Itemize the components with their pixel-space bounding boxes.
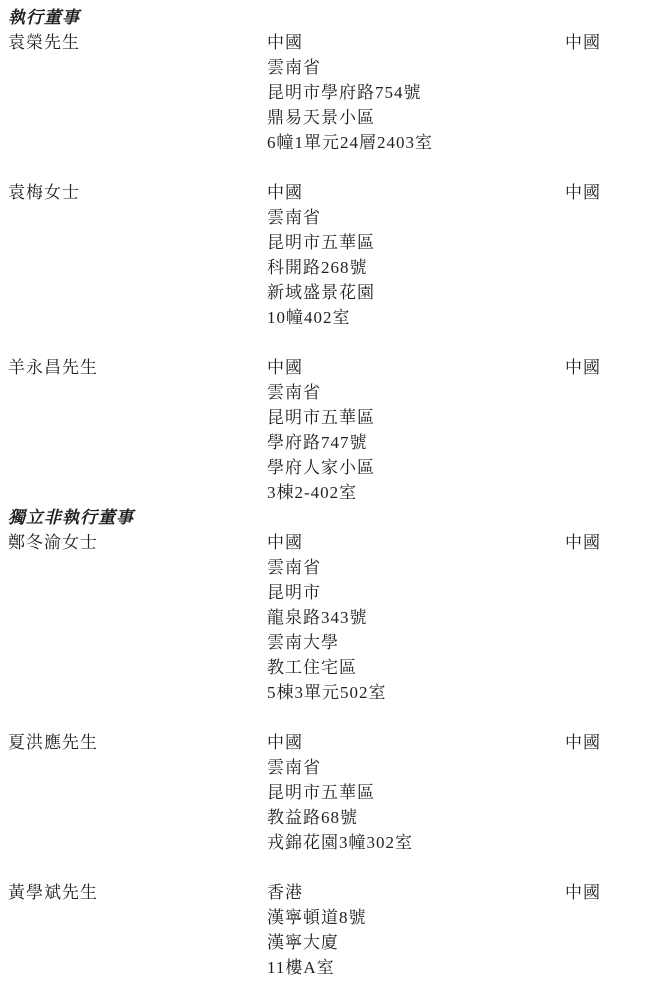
- director-address: 中國 雲南省 昆明市 龍泉路343號 雲南大學 教工住宅區 5棟3單元502室: [267, 530, 565, 705]
- director-address: 中國 雲南省 昆明市學府路754號 鼎易天景小區 6幢1單元24層2403室: [267, 30, 565, 155]
- address-line: 10幢402室: [267, 305, 565, 330]
- address-line: 雲南省: [267, 380, 565, 405]
- address-line: 龍泉路343號: [267, 605, 565, 630]
- director-address: 中國 雲南省 昆明市五華區 教益路68號 戎錦花園3幢302室: [267, 730, 565, 855]
- section-executive-directors: 執行董事 袁榮先生 中國 雲南省 昆明市學府路754號 鼎易天景小區 6幢1單元…: [8, 5, 660, 505]
- address-line: 漢寧大廈: [267, 930, 565, 955]
- director-row: 羊永昌先生 中國 雲南省 昆明市五華區 學府路747號 學府人家小區 3棟2-4…: [8, 355, 660, 505]
- address-line: 中國: [267, 730, 565, 755]
- address-line: 中國: [267, 180, 565, 205]
- address-line: 新域盛景花園: [267, 280, 565, 305]
- director-address: 中國 雲南省 昆明市五華區 科開路268號 新域盛景花園 10幢402室: [267, 180, 565, 330]
- director-nationality: 中國: [565, 180, 660, 205]
- director-name: 黃學斌先生: [8, 880, 267, 905]
- director-row: 夏洪應先生 中國 雲南省 昆明市五華區 教益路68號 戎錦花園3幢302室 中國: [8, 730, 660, 855]
- address-line: 教工住宅區: [267, 655, 565, 680]
- address-line: 中國: [267, 530, 565, 555]
- address-line: 雲南省: [267, 755, 565, 780]
- address-line: 鼎易天景小區: [267, 105, 565, 130]
- address-line: 科開路268號: [267, 255, 565, 280]
- address-line: 學府人家小區: [267, 455, 565, 480]
- address-line: 昆明市五華區: [267, 780, 565, 805]
- director-nationality: 中國: [565, 30, 660, 55]
- address-line: 3棟2-402室: [267, 480, 565, 505]
- section-independent-non-executive-directors: 獨立非執行董事 鄭冬渝女士 中國 雲南省 昆明市 龍泉路343號 雲南大學 教工…: [8, 505, 660, 980]
- address-line: 昆明市學府路754號: [267, 80, 565, 105]
- address-line: 中國: [267, 355, 565, 380]
- director-name: 鄭冬渝女士: [8, 530, 267, 555]
- director-name: 袁榮先生: [8, 30, 267, 55]
- director-address: 香港 漢寧頓道8號 漢寧大廈 11樓A室: [267, 880, 565, 980]
- address-line: 雲南省: [267, 205, 565, 230]
- address-line: 6幢1單元24層2403室: [267, 130, 565, 155]
- director-name: 袁梅女士: [8, 180, 267, 205]
- address-line: 中國: [267, 30, 565, 55]
- directors-document-page: 執行董事 袁榮先生 中國 雲南省 昆明市學府路754號 鼎易天景小區 6幢1單元…: [0, 0, 660, 982]
- director-row: 黃學斌先生 香港 漢寧頓道8號 漢寧大廈 11樓A室 中國: [8, 880, 660, 980]
- address-line: 雲南大學: [267, 630, 565, 655]
- director-row: 袁榮先生 中國 雲南省 昆明市學府路754號 鼎易天景小區 6幢1單元24層24…: [8, 30, 660, 155]
- address-line: 雲南省: [267, 55, 565, 80]
- address-line: 香港: [267, 880, 565, 905]
- director-address: 中國 雲南省 昆明市五華區 學府路747號 學府人家小區 3棟2-402室: [267, 355, 565, 505]
- director-row: 袁梅女士 中國 雲南省 昆明市五華區 科開路268號 新域盛景花園 10幢402…: [8, 180, 660, 330]
- director-nationality: 中國: [565, 880, 660, 905]
- director-nationality: 中國: [565, 730, 660, 755]
- address-line: 11樓A室: [267, 955, 565, 980]
- director-nationality: 中國: [565, 530, 660, 555]
- director-name: 夏洪應先生: [8, 730, 267, 755]
- address-line: 昆明市五華區: [267, 230, 565, 255]
- address-line: 雲南省: [267, 555, 565, 580]
- address-line: 戎錦花園3幢302室: [267, 830, 565, 855]
- address-line: 昆明市: [267, 580, 565, 605]
- address-line: 學府路747號: [267, 430, 565, 455]
- address-line: 5棟3單元502室: [267, 680, 565, 705]
- address-line: 教益路68號: [267, 805, 565, 830]
- address-line: 昆明市五華區: [267, 405, 565, 430]
- section-heading: 獨立非執行董事: [8, 505, 660, 530]
- director-name: 羊永昌先生: [8, 355, 267, 380]
- section-heading: 執行董事: [8, 5, 660, 30]
- director-nationality: 中國: [565, 355, 660, 380]
- address-line: 漢寧頓道8號: [267, 905, 565, 930]
- director-row: 鄭冬渝女士 中國 雲南省 昆明市 龍泉路343號 雲南大學 教工住宅區 5棟3單…: [8, 530, 660, 705]
